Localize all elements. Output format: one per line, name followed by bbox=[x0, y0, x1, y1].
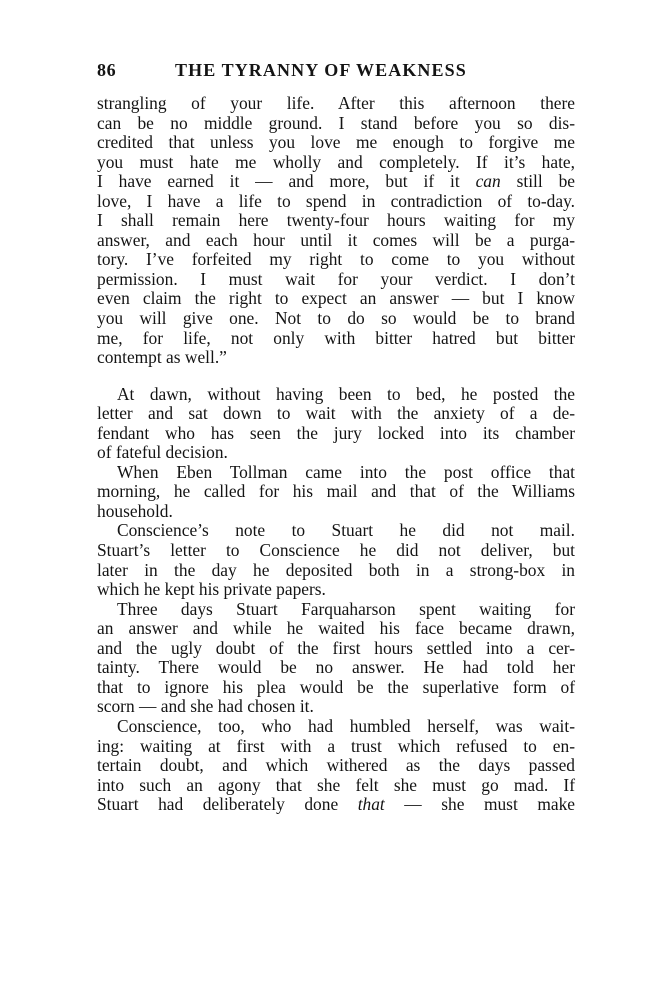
text-segment: I have earned it — and more, but if it bbox=[97, 171, 476, 191]
text-line: Three days Stuart Farquaharson spent wai… bbox=[97, 600, 575, 620]
paragraph-three-days: Three days Stuart Farquaharson spent wai… bbox=[97, 600, 575, 717]
text-line: Stuart’s letter to Conscience he did not… bbox=[97, 541, 575, 561]
text-line: even claim the right to expect an answer… bbox=[97, 289, 575, 309]
text-line: household. bbox=[97, 502, 575, 522]
text-line: that to ignore his plea would be the sup… bbox=[97, 678, 575, 698]
italic-emphasis: that bbox=[358, 794, 385, 814]
text-line: love, I have a life to spend in contradi… bbox=[97, 192, 575, 212]
text-line: scorn — and she had chosen it. bbox=[97, 697, 575, 717]
text-line: later in the day he deposited both in a … bbox=[97, 561, 575, 581]
text-line: tertain doubt, and which withered as the… bbox=[97, 756, 575, 776]
text-line: of fateful decision. bbox=[97, 443, 575, 463]
text-line: me, for life, not only with bitter hatre… bbox=[97, 329, 575, 349]
text-line: an answer and while he waited his face b… bbox=[97, 619, 575, 639]
text-line: fendant who has seen the jury locked int… bbox=[97, 424, 575, 444]
text-line: morning, he called for his mail and that… bbox=[97, 482, 575, 502]
text-line: When Eben Tollman came into the post off… bbox=[97, 463, 575, 483]
running-title: THE TYRANNY OF WEAKNESS bbox=[175, 60, 467, 81]
text-line: Conscience’s note to Stuart he did not m… bbox=[97, 521, 575, 541]
text-line: into such an agony that she felt she mus… bbox=[97, 776, 575, 796]
text-line: tory. I’ve forfeited my right to come to… bbox=[97, 250, 575, 270]
text-line: tainty. There would be no answer. He had… bbox=[97, 658, 575, 678]
paragraph-at-dawn: At dawn, without having been to bed, he … bbox=[97, 385, 575, 463]
text-segment: Stuart had deliberately done bbox=[97, 794, 358, 814]
text-line: answer, and each hour until it comes wil… bbox=[97, 231, 575, 251]
body-text: strangling of your life. After this afte… bbox=[97, 94, 575, 815]
text-line: can be no middle ground. I stand before … bbox=[97, 114, 575, 134]
text-segment: still be bbox=[501, 171, 575, 191]
text-line: ing: waiting at first with a trust which… bbox=[97, 737, 575, 757]
text-line: credited that unless you love me enough … bbox=[97, 133, 575, 153]
paragraph-consciences-note: Conscience’s note to Stuart he did not m… bbox=[97, 521, 575, 599]
text-line: letter and sat down to wait with the anx… bbox=[97, 404, 575, 424]
italic-emphasis: can bbox=[476, 171, 501, 191]
paragraph-conscience-waiting: Conscience, too, who had humbled herself… bbox=[97, 717, 575, 815]
text-line: contempt as well.” bbox=[97, 348, 575, 368]
text-line: At dawn, without having been to bed, he … bbox=[97, 385, 575, 405]
text-line: Stuart had deliberately done that — she … bbox=[97, 795, 575, 815]
text-line: strangling of your life. After this afte… bbox=[97, 94, 575, 114]
text-line: you must hate me wholly and completely. … bbox=[97, 153, 575, 173]
paragraph-eben-tollman: When Eben Tollman came into the post off… bbox=[97, 463, 575, 522]
text-line: you will give one. Not to do so would be… bbox=[97, 309, 575, 329]
text-line: and the ugly doubt of the first hours se… bbox=[97, 639, 575, 659]
text-line: Conscience, too, who had humbled herself… bbox=[97, 717, 575, 737]
book-page: 86 THE TYRANNY OF WEAKNESS strangling of… bbox=[97, 60, 575, 815]
text-line: permission. I must wait for your verdict… bbox=[97, 270, 575, 290]
running-head: 86 THE TYRANNY OF WEAKNESS bbox=[97, 60, 575, 86]
page-number: 86 bbox=[97, 60, 175, 81]
text-segment: — she must make bbox=[385, 794, 575, 814]
text-line: which he kept his private papers. bbox=[97, 580, 575, 600]
section-break bbox=[97, 368, 575, 385]
paragraph-letter-continuation: strangling of your life. After this afte… bbox=[97, 94, 575, 368]
text-line: I have earned it — and more, but if it c… bbox=[97, 172, 575, 192]
text-line: I shall remain here twenty-four hours wa… bbox=[97, 211, 575, 231]
